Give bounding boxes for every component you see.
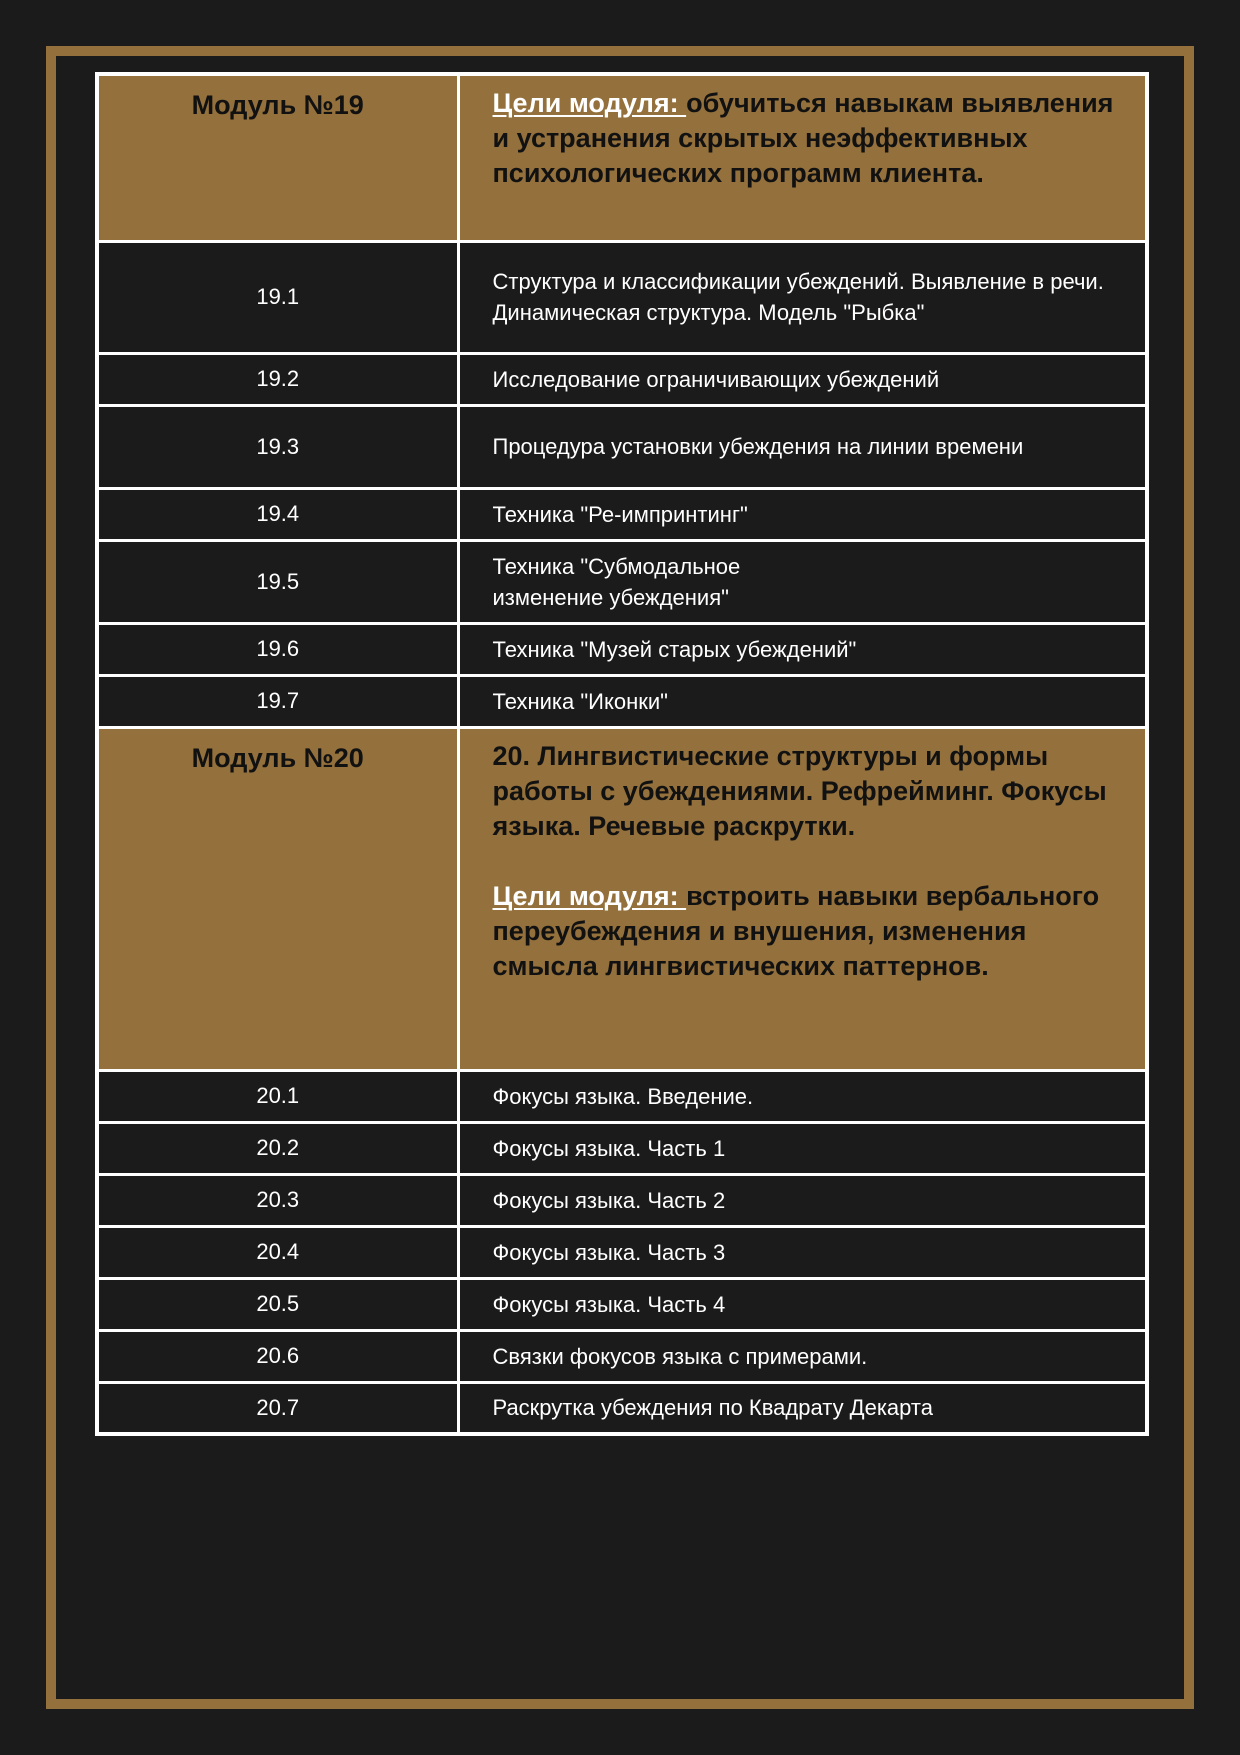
spacer — [493, 844, 1116, 879]
lesson-number: 19.2 — [97, 353, 458, 405]
lesson-row: 20.5 Фокусы языка. Часть 4 — [97, 1278, 1147, 1330]
lesson-row: 19.6 Техника "Музей старых убеждений" — [97, 623, 1147, 675]
lesson-number: 20.5 — [97, 1278, 458, 1330]
lesson-title: Техника "Иконки" — [458, 675, 1147, 727]
lesson-row: 20.1 Фокусы языка. Введение. — [97, 1070, 1147, 1122]
lesson-number: 20.4 — [97, 1226, 458, 1278]
module-header-row: Модуль №20 20. Лингвистические структуры… — [97, 727, 1147, 1070]
lesson-number: 19.4 — [97, 488, 458, 540]
lesson-number: 20.1 — [97, 1070, 458, 1122]
lesson-title: Фокусы языка. Часть 2 — [458, 1174, 1147, 1226]
lesson-number: 19.3 — [97, 405, 458, 488]
lesson-title: Фокусы языка. Часть 4 — [458, 1278, 1147, 1330]
lesson-title: Техника "Музей старых убеждений" — [458, 623, 1147, 675]
lesson-row: 19.1 Структура и классификации убеждений… — [97, 241, 1147, 353]
module-goals-label: Цели модуля: — [493, 881, 687, 911]
lesson-number: 19.5 — [97, 540, 458, 623]
lesson-number: 20.6 — [97, 1330, 458, 1382]
module-description: Цели модуля: обучиться навыкам выявления… — [458, 74, 1147, 241]
lesson-title: Связки фокусов языка с примерами. — [458, 1330, 1147, 1382]
lesson-row: 19.7 Техника "Иконки" — [97, 675, 1147, 727]
lesson-row: 20.3 Фокусы языка. Часть 2 — [97, 1174, 1147, 1226]
lesson-title: Техника "Субмодальное изменение убеждени… — [458, 540, 1147, 623]
lesson-title: Фокусы языка. Часть 3 — [458, 1226, 1147, 1278]
lesson-row: 19.2 Исследование ограничивающих убежден… — [97, 353, 1147, 405]
module-title: 20. Лингвистические структуры и формы ра… — [493, 739, 1116, 844]
lesson-number: 19.6 — [97, 623, 458, 675]
lesson-row: 20.6 Связки фокусов языка с примерами. — [97, 1330, 1147, 1382]
module-name: Модуль №19 — [97, 74, 458, 241]
course-program-table: Модуль №19 Цели модуля: обучиться навыка… — [95, 72, 1149, 1436]
lesson-row: 19.3 Процедура установки убеждения на ли… — [97, 405, 1147, 488]
lesson-number: 19.7 — [97, 675, 458, 727]
lesson-row: 20.2 Фокусы языка. Часть 1 — [97, 1122, 1147, 1174]
lesson-title: Фокусы языка. Введение. — [458, 1070, 1147, 1122]
lesson-number: 20.3 — [97, 1174, 458, 1226]
lesson-row: 19.5 Техника "Субмодальное изменение убе… — [97, 540, 1147, 623]
lesson-title: Структура и классификации убеждений. Выя… — [458, 241, 1147, 353]
lesson-title: Исследование ограничивающих убеждений — [458, 353, 1147, 405]
lesson-title: Техника "Ре-импринтинг" — [458, 488, 1147, 540]
lesson-number: 20.7 — [97, 1382, 458, 1434]
lesson-number: 19.1 — [97, 241, 458, 353]
lesson-row: 20.7 Раскрутка убеждения по Квадрату Дек… — [97, 1382, 1147, 1434]
module-header-row: Модуль №19 Цели модуля: обучиться навыка… — [97, 74, 1147, 241]
lesson-title: Раскрутка убеждения по Квадрату Декарта — [458, 1382, 1147, 1434]
module-goals: Цели модуля: встроить навыки вербального… — [493, 879, 1116, 984]
lesson-row: 20.4 Фокусы языка. Часть 3 — [97, 1226, 1147, 1278]
lesson-title: Процедура установки убеждения на линии в… — [458, 405, 1147, 488]
lesson-row: 19.4 Техника "Ре-импринтинг" — [97, 488, 1147, 540]
lesson-title: Фокусы языка. Часть 1 — [458, 1122, 1147, 1174]
module-description: 20. Лингвистические структуры и формы ра… — [458, 727, 1147, 1070]
module-name: Модуль №20 — [97, 727, 458, 1070]
module-goals-label: Цели модуля: — [493, 88, 687, 118]
lesson-number: 20.2 — [97, 1122, 458, 1174]
